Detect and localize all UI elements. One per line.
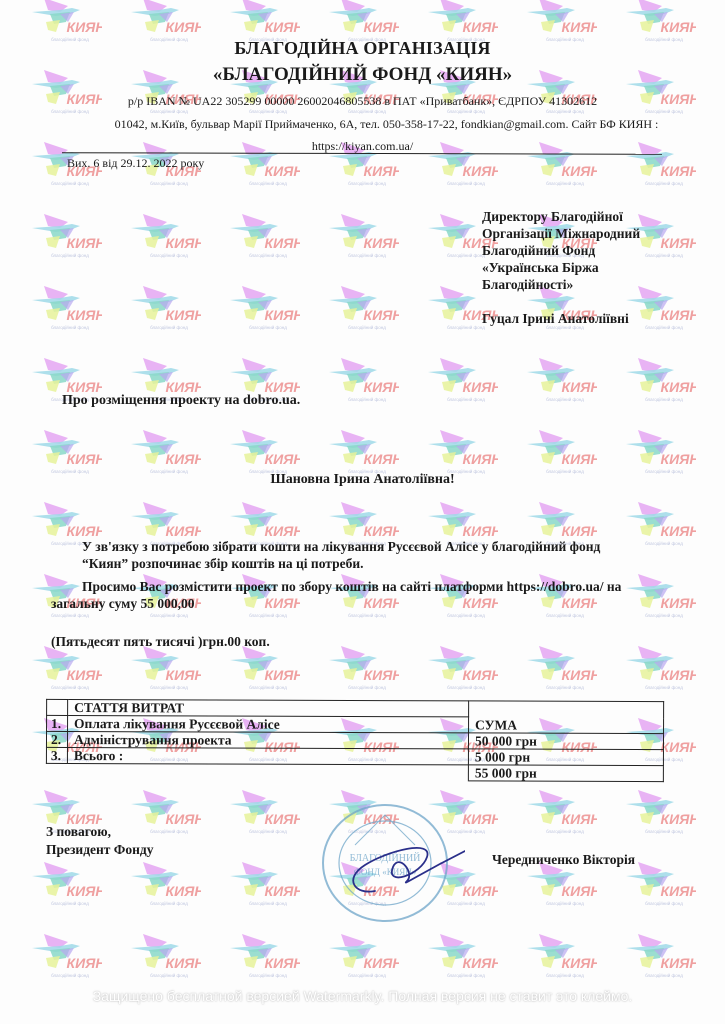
- org-title-line1: БЛАГОДІЙНА ОРГАНІЗАЦІЯ: [0, 38, 725, 59]
- table-cell-amount: 5 000 грн: [468, 749, 663, 766]
- letter-subject: Про розміщення проекту на dobro.ua.: [62, 393, 300, 409]
- table-cell-item: Оплата лікування Русєєвой Алісе: [68, 715, 469, 732]
- bank-requisites: р/р IBAN № UA22 305299 00000 26002046805…: [0, 94, 725, 109]
- addressee-line: Організації Міжнародний: [482, 225, 640, 242]
- table-header-amount: СУМА: [469, 717, 664, 734]
- letter-greeting: Шановна Ірина Анатоліївна!: [0, 472, 725, 488]
- closing-block: З повагою, Президент Фонду: [46, 823, 154, 859]
- paragraph-line: У зв'язку з потребою зібрати кошти на лі…: [82, 538, 600, 555]
- table-row-total: 55 000 грн: [46, 763, 663, 781]
- addressee-line: Благодійний Фонд: [482, 242, 640, 259]
- closing-position: Президент Фонду: [46, 841, 154, 859]
- closing-regards: З повагою,: [46, 823, 154, 841]
- table-cell-num: [47, 699, 68, 715]
- table-header-row: СТАТТЯ ВИТРАТ: [47, 699, 664, 717]
- addressee-block: Директору Благодійної Організації Міжнар…: [482, 208, 640, 327]
- table-header-item: СТАТТЯ ВИТРАТ: [68, 699, 469, 716]
- table-row: 1. Оплата лікування Русєєвой Алісе СУМА: [47, 715, 664, 733]
- amount-in-words: (Пятьдесят пять тисячі )грн.00 коп.: [51, 634, 270, 650]
- svg-text:БЛАГОДІЙНИЙ: БЛАГОДІЙНИЙ: [350, 852, 421, 864]
- stamp-and-signature: БЛАГОДІЙНИЙ ФОНД «КИЯН»: [315, 795, 465, 925]
- outgoing-number: Вих. 6 від 29.12. 2022 року: [67, 156, 204, 171]
- table-cell-num: 1.: [47, 715, 68, 731]
- address-contacts: 01042, м.Київ, бульвар Марії Приймаченко…: [24, 117, 725, 132]
- addressee-line: «Українська Біржа: [482, 259, 640, 276]
- paragraph-request: Просимо Вас розмістити проект по збору к…: [82, 578, 621, 612]
- table-cell-empty: [67, 763, 468, 780]
- table-cell-amount: 50 000 грн: [468, 733, 663, 750]
- table-cell-empty: [46, 763, 67, 779]
- paragraph-purpose: У зв'язку з потребою зібрати кошти на лі…: [82, 538, 600, 572]
- table-row: 2. Адміністрування проекта 50 000 грн: [46, 731, 663, 749]
- addressee-line: Благодійності»: [482, 276, 640, 293]
- table-cell-num: 3.: [46, 747, 67, 763]
- addressee-line: Директору Благодійної: [482, 208, 640, 225]
- paragraph-line: “Киян” розпочинає збір коштів на ці потр…: [82, 555, 600, 572]
- table-cell-num: 2.: [46, 731, 67, 747]
- table-cell-item: Всього :: [67, 747, 468, 764]
- paragraph-line: Просимо Вас розмістити проект по збору к…: [82, 578, 621, 595]
- round-stamp-icon: БЛАГОДІЙНИЙ ФОНД «КИЯН»: [323, 805, 447, 921]
- addressee-name: Гуцал Ірині Анатоліївні: [482, 310, 640, 327]
- paragraph-line: загальну суму 55 000,00: [51, 595, 621, 612]
- signer-name: Чередниченко Вікторія: [492, 852, 635, 868]
- table-cell-empty: [469, 701, 664, 718]
- table-cell-item: Адміністрування проекта: [67, 731, 468, 748]
- org-title-line2: «БЛАГОДІЙНИЙ ФОНД «КИЯН»: [0, 64, 725, 86]
- watermark-notice: Защищено бесплатной версией Watermarkly.…: [0, 988, 725, 1004]
- table-cell-amount: 55 000 грн: [468, 765, 663, 782]
- costs-table: СТАТТЯ ВИТРАТ 1. Оплата лікування Русєєв…: [46, 699, 664, 782]
